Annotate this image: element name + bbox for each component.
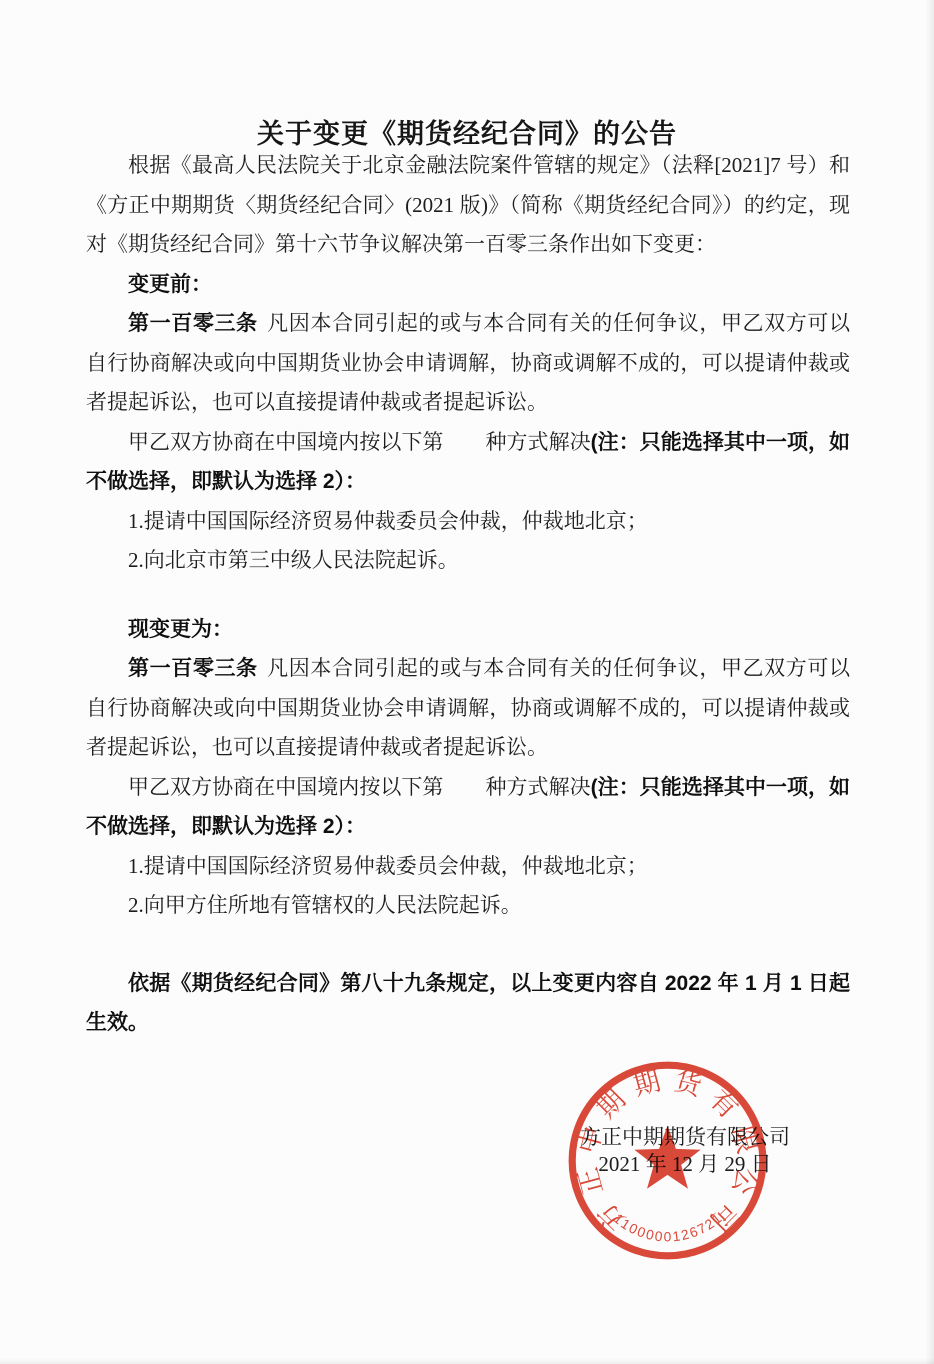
scanned-document-page: 关于变更《期货经纪合同》的公告 根据《最高人民法院关于北京金融法院案件管辖的规定… — [0, 0, 934, 1364]
before-article-paragraph: 第一百零三条凡因本合同引起的或与本合同有关的任何争议，甲乙双方可以自行协商解决或… — [86, 304, 850, 423]
after-article-number: 第一百零三条 — [128, 657, 267, 680]
scan-edge-shadow-right — [925, 0, 934, 1364]
before-option-2: 2.向北京市第三中级人民法院起诉。 — [128, 541, 850, 581]
company-seal: 方正中期期货有限公司 1100000126721 — [565, 1058, 770, 1263]
svg-text:期: 期 — [591, 1084, 631, 1124]
before-choice-text: 甲乙双方协商在中国境内按以下第 种方式解决 — [128, 430, 591, 454]
intro-paragraph: 根据《最高人民法院关于北京金融法院案件管辖的规定》（法释[2021]7 号）和《… — [86, 146, 850, 265]
seal-star-icon — [634, 1126, 700, 1189]
before-option-1: 1.提请中国国际经济贸易仲裁委员会仲裁，仲裁地北京； — [128, 502, 850, 542]
before-choice-paragraph: 甲乙双方协商在中国境内按以下第 种方式解决(注：只能选择其中一项，如不做选择，即… — [86, 423, 850, 502]
scan-edge-shadow-bottom — [0, 1358, 934, 1364]
svg-text:期: 期 — [630, 1066, 664, 1102]
svg-text:限: 限 — [727, 1123, 763, 1157]
svg-text:0: 0 — [654, 1228, 664, 1245]
before-article-number: 第一百零三条 — [128, 312, 267, 335]
svg-text:货: 货 — [671, 1066, 707, 1102]
svg-text:有: 有 — [704, 1084, 744, 1124]
svg-text:正: 正 — [573, 1164, 609, 1198]
effective-paragraph: 依据《期货经纪合同》第八十九条规定，以上变更内容自 2022 年 1 月 1 日… — [86, 964, 850, 1043]
after-option-1: 1.提请中国国际经济贸易仲裁委员会仲裁，仲裁地北京； — [128, 847, 850, 887]
seal-serial-text: 1100000126721 — [611, 1210, 725, 1245]
before-section-label: 变更前： — [86, 265, 850, 305]
after-option-2: 2.向甲方住所地有管辖权的人民法院起诉。 — [128, 886, 850, 926]
after-choice-paragraph: 甲乙双方协商在中国境内按以下第 种方式解决(注：只能选择其中一项，如不做选择，即… — [86, 768, 850, 847]
document-body: 根据《最高人民法院关于北京金融法院案件管辖的规定》（法释[2021]7 号）和《… — [86, 146, 850, 1043]
svg-text:中: 中 — [573, 1123, 609, 1157]
after-article-paragraph: 第一百零三条凡因本合同引起的或与本合同有关的任何争议，甲乙双方可以自行协商解决或… — [86, 649, 850, 768]
svg-text:公: 公 — [726, 1164, 762, 1198]
svg-text:0: 0 — [664, 1228, 672, 1244]
after-section-label: 现变更为： — [86, 610, 850, 650]
after-choice-text: 甲乙双方协商在中国境内按以下第 种方式解决 — [128, 775, 591, 799]
